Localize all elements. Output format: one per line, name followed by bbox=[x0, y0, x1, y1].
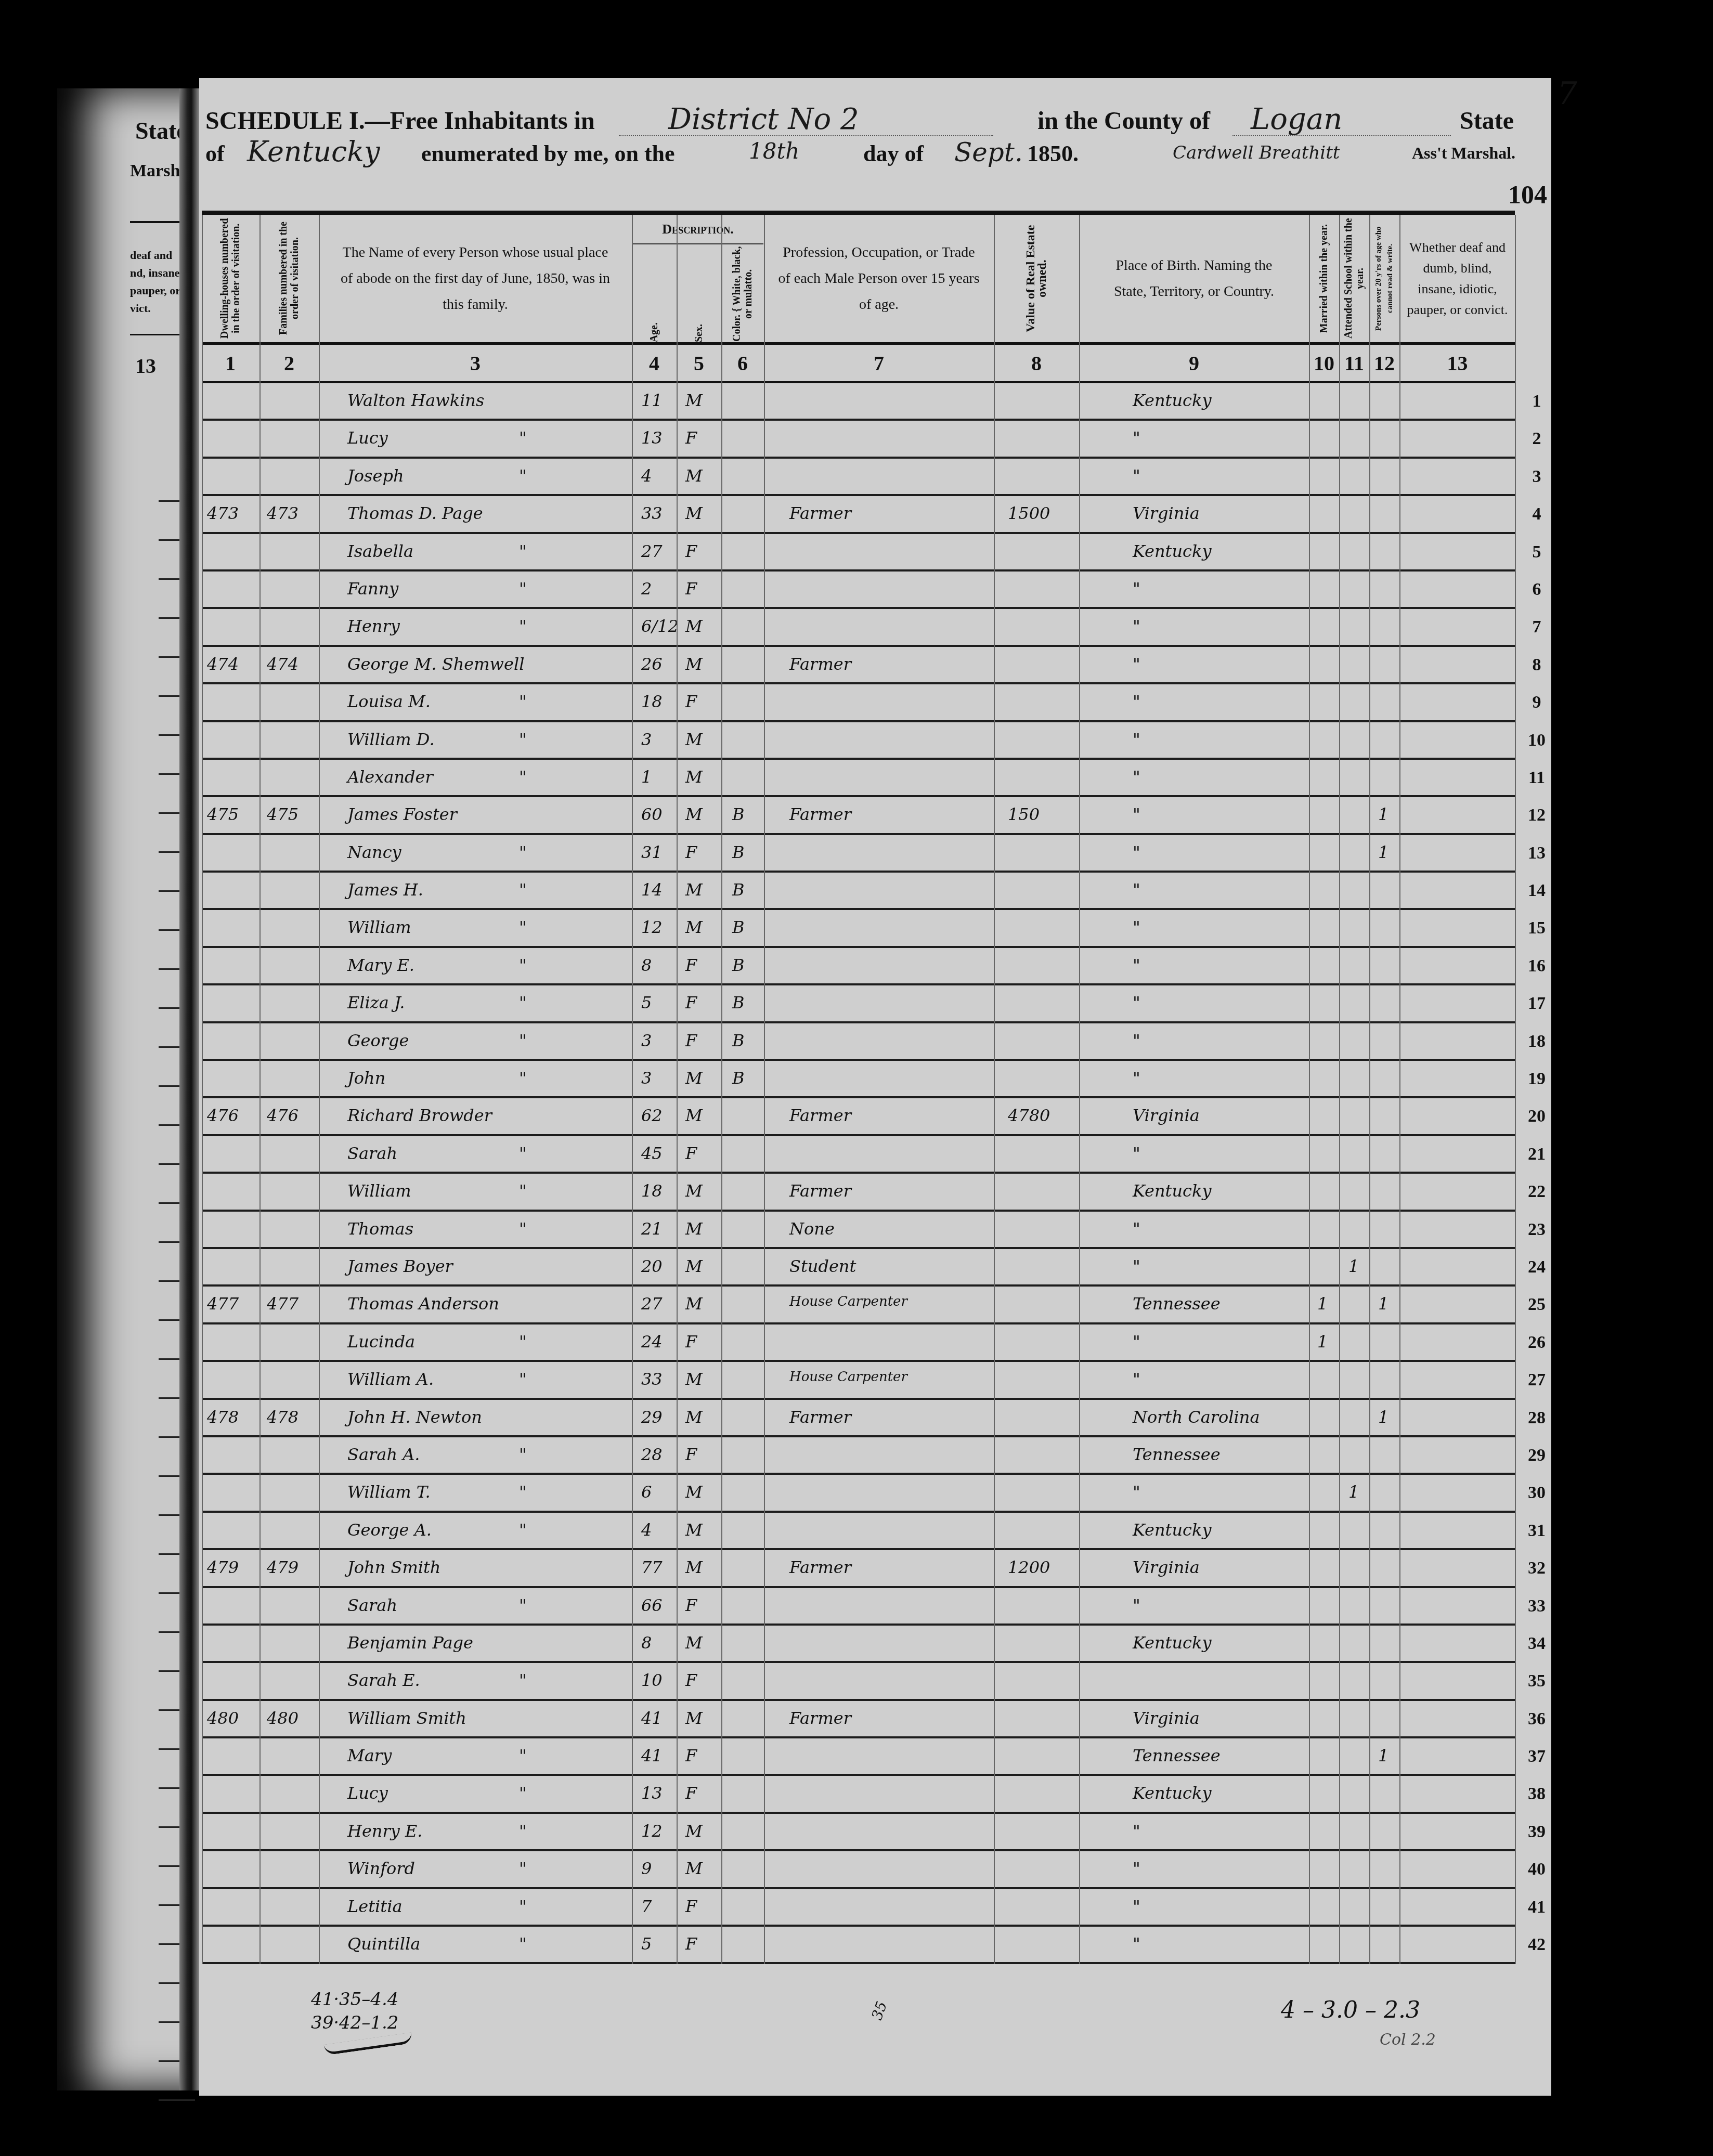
district-value: District No 2 bbox=[668, 102, 859, 136]
birthplace: " bbox=[1133, 466, 1140, 486]
person-name: Nancy bbox=[347, 842, 401, 862]
surname-ditto: " bbox=[519, 1219, 527, 1239]
surname-ditto: " bbox=[519, 1369, 527, 1389]
age: 27 bbox=[641, 541, 663, 561]
dwelling-number: 477 bbox=[207, 1294, 239, 1314]
state-label: State bbox=[1460, 107, 1514, 135]
column-rule bbox=[1309, 215, 1310, 1964]
line-number: 17 bbox=[1521, 994, 1552, 1014]
person-name: Richard Browder bbox=[347, 1106, 492, 1125]
col-3-header: The Name of every Person whose usual pla… bbox=[319, 215, 631, 342]
age: 33 bbox=[641, 503, 663, 523]
sex: F bbox=[685, 1746, 697, 1765]
table-row: 478478John H. Newton29MFarmerNorth Carol… bbox=[202, 1400, 1515, 1437]
table-row: Mary E."8FB"16 bbox=[202, 948, 1515, 985]
col-9-header: Place of Birth. Naming the State, Territ… bbox=[1080, 215, 1308, 342]
person-name: Thomas bbox=[347, 1219, 413, 1239]
census-table: Dwelling-houses numbered in the order of… bbox=[202, 211, 1515, 1964]
surname-ditto: " bbox=[519, 1144, 527, 1163]
footer-tally-right: 4 – 3.0 – 2.3 bbox=[1281, 1997, 1420, 2023]
table-row: Isabella"27FKentucky5 bbox=[202, 534, 1515, 572]
col-7-header: Profession, Occupation, or Trade of each… bbox=[764, 215, 993, 342]
table-row: Winford"9M"40 bbox=[202, 1851, 1515, 1889]
sex: M bbox=[685, 1369, 703, 1389]
table-row: Quintilla"5F"42 bbox=[202, 1927, 1515, 1964]
line-number: 37 bbox=[1521, 1747, 1552, 1767]
age: 2 bbox=[641, 579, 652, 599]
col-2-number: 2 bbox=[260, 351, 318, 375]
age: 33 bbox=[641, 1369, 663, 1389]
birthplace: Virginia bbox=[1133, 1106, 1200, 1125]
family-number: 479 bbox=[267, 1557, 299, 1577]
birthplace: Tennessee bbox=[1133, 1294, 1221, 1314]
line-number: 18 bbox=[1521, 1032, 1552, 1051]
sex: F bbox=[685, 692, 697, 711]
birthplace: " bbox=[1133, 955, 1140, 975]
table-row: Letitia"7F"41 bbox=[202, 1889, 1515, 1927]
line-number: 39 bbox=[1521, 1822, 1552, 1842]
sex: M bbox=[685, 1708, 703, 1728]
county-label: in the County of bbox=[1037, 107, 1210, 135]
line-number: 35 bbox=[1521, 1671, 1552, 1691]
sex: F bbox=[685, 1783, 697, 1803]
line-number: 1 bbox=[1521, 392, 1552, 411]
line-number: 5 bbox=[1521, 542, 1552, 562]
line-number: 11 bbox=[1521, 768, 1552, 788]
surname-ditto: " bbox=[519, 767, 527, 787]
dwelling-number: 478 bbox=[207, 1407, 239, 1427]
age: 13 bbox=[641, 428, 663, 448]
occupation: Farmer bbox=[789, 1106, 851, 1125]
dwelling-number: 475 bbox=[207, 804, 239, 824]
sex: M bbox=[685, 804, 703, 824]
header-line-2: of Kentucky enumerated by me, on the 18t… bbox=[205, 140, 1547, 182]
column-rule bbox=[677, 215, 678, 1964]
dwelling-number: 473 bbox=[207, 503, 239, 523]
column-rule bbox=[202, 215, 203, 1964]
marshal-name: Cardwell Breathitt bbox=[1173, 142, 1340, 163]
birthplace: " bbox=[1133, 1369, 1140, 1389]
person-name: James Foster bbox=[347, 804, 457, 824]
age: 60 bbox=[641, 804, 663, 824]
surname-ditto: " bbox=[519, 1068, 527, 1088]
sex: F bbox=[685, 1934, 697, 1954]
month-value: Sept. bbox=[954, 137, 1023, 167]
age: 18 bbox=[641, 692, 663, 711]
birthplace: " bbox=[1133, 428, 1140, 448]
age: 7 bbox=[641, 1897, 652, 1916]
sex: F bbox=[685, 955, 697, 975]
age: 4 bbox=[641, 1520, 652, 1540]
color: B bbox=[732, 993, 745, 1012]
surname-ditto: " bbox=[519, 541, 527, 561]
sex: M bbox=[685, 1256, 703, 1276]
age: 10 bbox=[641, 1670, 663, 1690]
person-name: George M. Shemwell bbox=[347, 654, 524, 674]
family-number: 474 bbox=[267, 654, 299, 674]
line-number: 20 bbox=[1521, 1107, 1552, 1126]
occupation: House Carpenter bbox=[789, 1294, 907, 1309]
line-number: 15 bbox=[1521, 918, 1552, 938]
person-name: Thomas D. Page bbox=[347, 503, 483, 523]
surname-ditto: " bbox=[519, 1859, 527, 1878]
real-estate-value: 4780 bbox=[1008, 1106, 1050, 1125]
col-10-header: Married within the year. bbox=[1309, 215, 1339, 342]
birthplace: " bbox=[1133, 917, 1140, 937]
table-row: Joseph"4M"3 bbox=[202, 459, 1515, 496]
col-6-number: 6 bbox=[722, 351, 763, 375]
line-number: 10 bbox=[1521, 731, 1552, 750]
sex: F bbox=[685, 541, 697, 561]
line-number: 12 bbox=[1521, 806, 1552, 825]
day-of-label: day of bbox=[863, 140, 924, 167]
col-8-header: Value of Real Estate owned. bbox=[994, 215, 1079, 342]
sex: M bbox=[685, 1219, 703, 1239]
line-number: 42 bbox=[1521, 1935, 1552, 1955]
birthplace: " bbox=[1133, 730, 1140, 749]
table-row: Henry E."12M"39 bbox=[202, 1814, 1515, 1851]
illiterate-mark: 1 bbox=[1378, 1746, 1388, 1765]
col-4-number: 4 bbox=[632, 351, 676, 375]
footer-mark-mid: 35 bbox=[868, 1999, 890, 2022]
occupation: Farmer bbox=[789, 804, 851, 824]
col-1-header: Dwelling-houses numbered in the order of… bbox=[202, 215, 259, 342]
sex: M bbox=[685, 880, 703, 900]
previous-page-col13-number: 13 bbox=[135, 354, 156, 378]
column-rule bbox=[1399, 215, 1400, 1964]
col-11-header: Attended School within the year. bbox=[1340, 215, 1369, 342]
table-row: Fanny"2F"6 bbox=[202, 572, 1515, 609]
column-rule bbox=[1339, 215, 1340, 1964]
sex: M bbox=[685, 1859, 703, 1878]
person-name: William T. bbox=[347, 1482, 431, 1502]
occupation: Farmer bbox=[789, 503, 851, 523]
birthplace: " bbox=[1133, 1482, 1140, 1502]
age: 8 bbox=[641, 955, 652, 975]
age: 27 bbox=[641, 1294, 663, 1314]
sex: F bbox=[685, 1897, 697, 1916]
col-13-number: 13 bbox=[1400, 351, 1515, 375]
age: 3 bbox=[641, 1068, 652, 1088]
surname-ditto: " bbox=[519, 1934, 527, 1954]
sex: M bbox=[685, 503, 703, 523]
family-number: 475 bbox=[267, 804, 299, 824]
person-name: John bbox=[347, 1068, 385, 1088]
age: 9 bbox=[641, 1859, 652, 1878]
birthplace: Virginia bbox=[1133, 1557, 1200, 1577]
age: 41 bbox=[641, 1746, 663, 1765]
person-name: George bbox=[347, 1031, 409, 1050]
line-number: 33 bbox=[1521, 1596, 1552, 1616]
line-number: 6 bbox=[1521, 580, 1552, 600]
sex: F bbox=[685, 993, 697, 1012]
birthplace: Tennessee bbox=[1133, 1746, 1221, 1765]
line-number: 3 bbox=[1521, 467, 1552, 487]
line-number: 19 bbox=[1521, 1069, 1552, 1089]
birthplace: " bbox=[1133, 1144, 1140, 1163]
married-mark: 1 bbox=[1317, 1294, 1328, 1314]
line-number: 9 bbox=[1521, 693, 1552, 712]
age: 1 bbox=[641, 767, 652, 787]
age: 11 bbox=[641, 391, 663, 410]
surname-ditto: " bbox=[519, 616, 527, 636]
birthplace: " bbox=[1133, 1821, 1140, 1841]
sex: F bbox=[685, 1031, 697, 1050]
illiterate-mark: 1 bbox=[1378, 1407, 1388, 1427]
occupation: Farmer bbox=[789, 1407, 851, 1427]
color: B bbox=[732, 1031, 745, 1050]
occupation: Student bbox=[789, 1256, 856, 1276]
col-13-header: Whether deaf and dumb, blind, insane, id… bbox=[1400, 215, 1515, 342]
sex: M bbox=[685, 1557, 703, 1577]
surname-ditto: " bbox=[519, 842, 527, 862]
table-row: James Boyer20MStudent"124 bbox=[202, 1249, 1515, 1287]
column-rule bbox=[764, 215, 765, 1964]
birthplace: Kentucky bbox=[1133, 1181, 1211, 1201]
table-row: Lucy"13F"2 bbox=[202, 421, 1515, 458]
line-number: 36 bbox=[1521, 1709, 1552, 1729]
table-row: 479479John Smith77MFarmer1200Virginia32 bbox=[202, 1550, 1515, 1588]
age: 12 bbox=[641, 917, 663, 937]
sex: F bbox=[685, 428, 697, 448]
line-number: 27 bbox=[1521, 1370, 1552, 1390]
sex: F bbox=[685, 1595, 697, 1615]
person-name: Henry E. bbox=[347, 1821, 423, 1841]
person-name: Henry bbox=[347, 616, 400, 636]
family-number: 478 bbox=[267, 1407, 299, 1427]
person-name: Joseph bbox=[347, 466, 404, 486]
line-number: 14 bbox=[1521, 881, 1552, 901]
surname-ditto: " bbox=[519, 1783, 527, 1803]
surname-ditto: " bbox=[519, 428, 527, 448]
age: 66 bbox=[641, 1595, 663, 1615]
surname-ditto: " bbox=[519, 1482, 527, 1502]
page-number: 104 bbox=[1508, 179, 1547, 210]
header-rule bbox=[202, 211, 1515, 215]
sex: M bbox=[685, 1821, 703, 1841]
line-number: 25 bbox=[1521, 1295, 1552, 1315]
table-row: Sarah A."28FTennessee29 bbox=[202, 1437, 1515, 1475]
line-number: 7 bbox=[1521, 617, 1552, 637]
age: 6/12 bbox=[641, 616, 679, 636]
occupation: Farmer bbox=[789, 1708, 851, 1728]
table-row: George A."4MKentucky31 bbox=[202, 1513, 1515, 1550]
person-name: George A. bbox=[347, 1520, 432, 1540]
table-row: Lucy"13FKentucky38 bbox=[202, 1776, 1515, 1813]
real-estate-value: 1200 bbox=[1008, 1557, 1050, 1577]
birthplace: Kentucky bbox=[1133, 391, 1211, 410]
column-rule bbox=[1369, 215, 1370, 1964]
table-row: Lucinda"24F"126 bbox=[202, 1324, 1515, 1362]
col-11-number: 11 bbox=[1340, 351, 1369, 375]
age: 8 bbox=[641, 1633, 652, 1653]
surname-ditto: " bbox=[519, 1746, 527, 1765]
surname-ditto: " bbox=[519, 730, 527, 749]
table-row: Sarah"45F"21 bbox=[202, 1136, 1515, 1174]
birthplace: " bbox=[1133, 616, 1140, 636]
person-name: William D. bbox=[347, 730, 435, 749]
person-name: Walton Hawkins bbox=[347, 391, 484, 410]
birthplace: North Carolina bbox=[1133, 1407, 1260, 1427]
age: 24 bbox=[641, 1332, 663, 1352]
person-name: Lucy bbox=[347, 428, 388, 448]
age: 26 bbox=[641, 654, 663, 674]
birthplace: " bbox=[1133, 842, 1140, 862]
person-name: James Boyer bbox=[347, 1256, 453, 1276]
birthplace: " bbox=[1133, 993, 1140, 1012]
person-name: William A. bbox=[347, 1369, 434, 1389]
surname-ditto: " bbox=[519, 1821, 527, 1841]
col-9-number: 9 bbox=[1080, 351, 1308, 375]
col-12-number: 12 bbox=[1370, 351, 1399, 375]
school-mark: 1 bbox=[1348, 1256, 1359, 1276]
line-number: 30 bbox=[1521, 1483, 1552, 1503]
occupation: Farmer bbox=[789, 654, 851, 674]
family-number: 473 bbox=[267, 503, 299, 523]
person-name: William bbox=[347, 1181, 411, 1201]
table-row: William D."3M"10 bbox=[202, 722, 1515, 760]
line-number: 24 bbox=[1521, 1257, 1552, 1277]
col-3-number: 3 bbox=[319, 351, 631, 375]
age: 28 bbox=[641, 1445, 663, 1464]
age: 31 bbox=[641, 842, 663, 862]
table-row: 474474George M. Shemwell26MFarmer"8 bbox=[202, 647, 1515, 684]
person-name: Lucinda bbox=[347, 1332, 415, 1352]
age: 21 bbox=[641, 1219, 663, 1239]
table-row: William T."6M"130 bbox=[202, 1475, 1515, 1512]
surname-ditto: " bbox=[519, 1332, 527, 1352]
age: 4 bbox=[641, 466, 652, 486]
description-group-header: Description. bbox=[632, 215, 763, 244]
schedule-title: SCHEDULE I.—Free Inhabitants in bbox=[205, 107, 595, 135]
surname-ditto: " bbox=[519, 880, 527, 900]
birthplace: Kentucky bbox=[1133, 541, 1211, 561]
person-name: Sarah bbox=[347, 1595, 397, 1615]
birthplace: " bbox=[1133, 579, 1140, 599]
family-number: 476 bbox=[267, 1106, 299, 1125]
surname-ditto: " bbox=[519, 1595, 527, 1615]
surname-ditto: " bbox=[519, 917, 527, 937]
color: B bbox=[732, 880, 745, 900]
person-name: William bbox=[347, 917, 411, 937]
illiterate-mark: 1 bbox=[1378, 842, 1388, 862]
married-mark: 1 bbox=[1317, 1332, 1328, 1352]
birthplace: " bbox=[1133, 1256, 1140, 1276]
birthplace: " bbox=[1133, 767, 1140, 787]
column-rule bbox=[1079, 215, 1080, 1964]
table-row: 475475James Foster60MBFarmer150"112 bbox=[202, 797, 1515, 835]
birthplace: " bbox=[1133, 1219, 1140, 1239]
column-rule bbox=[994, 215, 995, 1964]
col-4-header: Age. bbox=[632, 246, 676, 342]
sex: M bbox=[685, 466, 703, 486]
school-mark: 1 bbox=[1348, 1482, 1359, 1502]
birthplace: " bbox=[1133, 1332, 1140, 1352]
age: 29 bbox=[641, 1407, 663, 1427]
column-headers: Dwelling-houses numbered in the order of… bbox=[202, 215, 1515, 345]
illiterate-mark: 1 bbox=[1378, 1294, 1388, 1314]
col-12-header: Persons over 20 y'rs of age who cannot r… bbox=[1370, 215, 1399, 342]
surname-ditto: " bbox=[519, 993, 527, 1012]
age: 45 bbox=[641, 1144, 663, 1163]
line-number: 26 bbox=[1521, 1333, 1552, 1353]
color: B bbox=[732, 955, 745, 975]
line-number: 8 bbox=[1521, 655, 1552, 675]
birthplace: " bbox=[1133, 654, 1140, 674]
birthplace: " bbox=[1133, 1595, 1140, 1615]
col-2-header: Families numbered in the order of visita… bbox=[260, 215, 318, 342]
line-number: 34 bbox=[1521, 1634, 1552, 1654]
book-binding bbox=[179, 88, 199, 2090]
dwelling-number: 480 bbox=[207, 1708, 239, 1728]
table-row: Sarah E."10F35 bbox=[202, 1663, 1515, 1700]
table-row: 477477Thomas Anderson27MHouse CarpenterT… bbox=[202, 1287, 1515, 1324]
birthplace: " bbox=[1133, 1068, 1140, 1088]
line-number: 41 bbox=[1521, 1898, 1552, 1917]
person-name: Winford bbox=[347, 1859, 415, 1878]
birthplace: Virginia bbox=[1133, 503, 1200, 523]
sex: F bbox=[685, 1332, 697, 1352]
family-number: 480 bbox=[267, 1708, 299, 1728]
person-name: Thomas Anderson bbox=[347, 1294, 499, 1314]
line-number: 38 bbox=[1521, 1784, 1552, 1804]
person-name: Sarah A. bbox=[347, 1445, 420, 1464]
table-row: 476476Richard Browder62MFarmer4780Virgin… bbox=[202, 1098, 1515, 1136]
occupation: Farmer bbox=[789, 1181, 851, 1201]
age: 6 bbox=[641, 1482, 652, 1502]
table-row: Mary"41FTennessee137 bbox=[202, 1738, 1515, 1776]
day-value: 18th bbox=[749, 138, 799, 164]
birthplace: Virginia bbox=[1133, 1708, 1200, 1728]
footer-flourish bbox=[323, 2032, 412, 2055]
birthplace: Kentucky bbox=[1133, 1783, 1211, 1803]
line-number: 40 bbox=[1521, 1860, 1552, 1879]
line-number: 32 bbox=[1521, 1558, 1552, 1578]
dwelling-number: 479 bbox=[207, 1557, 239, 1577]
col-5-header: Sex. bbox=[677, 246, 721, 342]
column-rule bbox=[319, 215, 320, 1964]
column-numbers: 1 2 3 4 5 6 7 8 9 10 11 12 13 bbox=[202, 345, 1515, 383]
enumerated-label: enumerated by me, on the bbox=[421, 140, 675, 167]
birthplace: " bbox=[1133, 880, 1140, 900]
table-row: 473473Thomas D. Page33MFarmer1500Virgini… bbox=[202, 496, 1515, 534]
col-1-number: 1 bbox=[202, 351, 259, 375]
illiterate-mark: 1 bbox=[1378, 804, 1388, 824]
line-number: 22 bbox=[1521, 1182, 1552, 1202]
table-row: Louisa M."18F"9 bbox=[202, 684, 1515, 722]
line-number: 13 bbox=[1521, 843, 1552, 863]
surname-ditto: " bbox=[519, 1520, 527, 1540]
state-value: Kentucky bbox=[247, 135, 380, 168]
surname-ditto: " bbox=[519, 1031, 527, 1050]
of-label: of bbox=[205, 140, 225, 167]
column-rule bbox=[632, 215, 633, 1964]
person-name: Mary E. bbox=[347, 955, 414, 975]
person-name: James H. bbox=[347, 880, 423, 900]
table-row: Sarah"66F"33 bbox=[202, 1588, 1515, 1626]
sex: M bbox=[685, 1633, 703, 1653]
line-number: 2 bbox=[1521, 429, 1552, 449]
table-row: Thomas"21MNone"23 bbox=[202, 1212, 1515, 1249]
marshal-label: Ass't Marshal. bbox=[1412, 144, 1515, 163]
age: 13 bbox=[641, 1783, 663, 1803]
person-name: Mary bbox=[347, 1746, 392, 1765]
sex: M bbox=[685, 730, 703, 749]
sex: F bbox=[685, 579, 697, 599]
person-name: John H. Newton bbox=[347, 1407, 482, 1427]
col-5-number: 5 bbox=[677, 351, 721, 375]
person-name: William Smith bbox=[347, 1708, 466, 1728]
